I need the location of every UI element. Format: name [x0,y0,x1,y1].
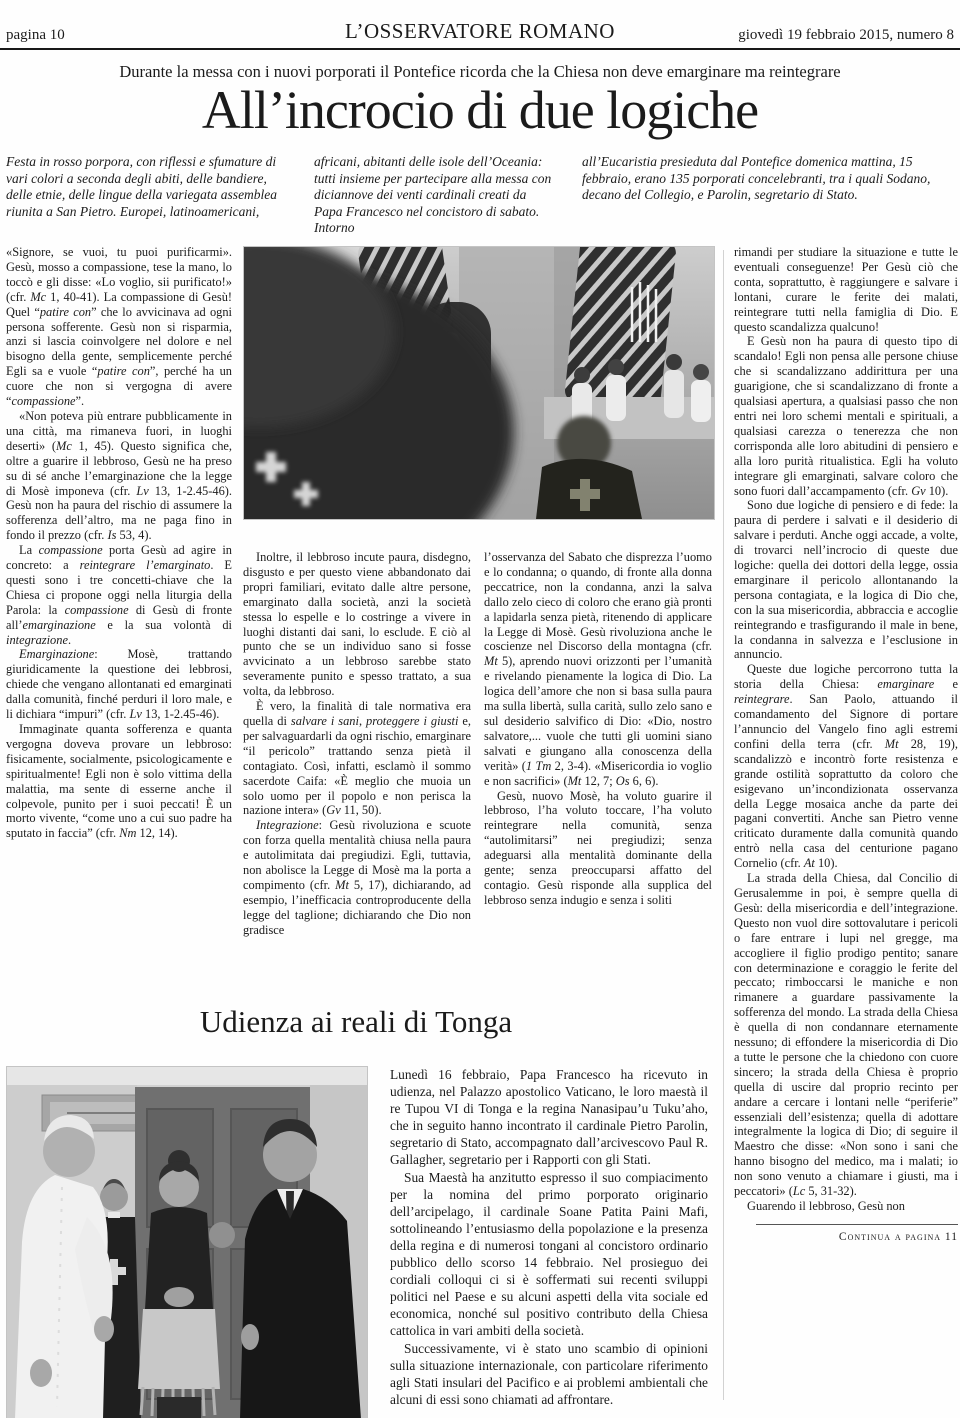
article-paragraph: Queste due logiche percorrono tutta la s… [734,662,958,871]
continuation-notice: Continua a pagina 11 [734,1224,958,1245]
tonga-headline: Udienza ai reali di Tonga [0,1004,712,1040]
mass-photo-illustration [244,247,714,519]
column-divider-rule [723,250,724,1400]
article-paragraph: Emarginazione: Mosè, trattando giuridica… [6,647,232,722]
article-standfirst: Festa in rosso porpora, con riflessi e s… [6,154,954,237]
tonga-photo [6,1066,368,1418]
article-paragraph: «Signore, se vuoi, tu puoi purificarmi».… [6,245,232,409]
article-paragraph: Immaginate quanta sofferenza e quanta ve… [6,722,232,841]
standfirst-col-2: africani, abitanti delle isole dell’Ocea… [314,154,552,237]
article-column-4: rimandi per studiare la situazione e tut… [734,245,958,1245]
article-paragraph: La compassione porta Gesù ad agire in co… [6,543,232,647]
tonga-paragraph: Sua Maestà ha anzitutto espresso il suo … [390,1169,708,1340]
article-paragraph: «Non poteva più entrare pubblicamente in… [6,409,232,543]
tonga-paragraph: Lunedì 16 febbraio, Papa Francesco ha ri… [390,1066,708,1169]
continuation-label: Continua a pagina 11 [839,1231,958,1243]
article-column-2: Inoltre, il lebbroso incute paura, disde… [243,550,471,938]
article-paragraph: La strada della Chiesa, dal Concilio di … [734,871,958,1199]
article-paragraph: rimandi per studiare la situazione e tut… [734,245,958,334]
standfirst-col-3: all’Eucaristia presieduta dal Pontefice … [582,154,954,237]
continuation-rule [756,1224,958,1225]
page-header: pagina 10 L’OSSERVATORE ROMANO giovedì 1… [6,16,954,46]
article-paragraph: Sono due logiche di pensiero e di fede: … [734,498,958,662]
article-paragraph: Guarendo il lebbroso, Gesù non [734,1199,958,1214]
issue-date: giovedì 19 febbraio 2015, numero 8 [738,27,954,44]
newspaper-page: pagina 10 L’OSSERVATORE ROMANO giovedì 1… [0,0,960,1418]
article-paragraph: Inoltre, il lebbroso incute paura, disde… [243,550,471,699]
article-column-1: «Signore, se vuoi, tu puoi purificarmi».… [6,245,232,841]
article-paragraph: Integrazione: Gesù rivoluziona e scuote … [243,818,471,937]
article-paragraph: l’osservanza del Sabato che disprezza l’… [484,550,712,789]
article-kicker: Durante la messa con i nuovi porporati i… [0,62,960,82]
article-paragraph: Gesù, nuovo Mosè, ha voluto guarire il l… [484,789,712,908]
article-column-3: l’osservanza del Sabato che disprezza l’… [484,550,712,908]
article-paragraph: E Gesù non ha paura di questo tipo di sc… [734,334,958,498]
tonga-article: Lunedì 16 febbraio, Papa Francesco ha ri… [390,1066,708,1408]
mass-photo [243,246,715,520]
article-paragraph: È vero, la finalità di tale normativa er… [243,699,471,818]
article-headline: All’incrocio di due logiche [0,82,960,139]
standfirst-col-1: Festa in rosso porpora, con riflessi e s… [6,154,284,237]
header-rule [0,48,960,50]
tonga-paragraph: Successivamente, vi è stato uno scambio … [390,1340,708,1408]
tonga-photo-illustration [7,1067,367,1418]
